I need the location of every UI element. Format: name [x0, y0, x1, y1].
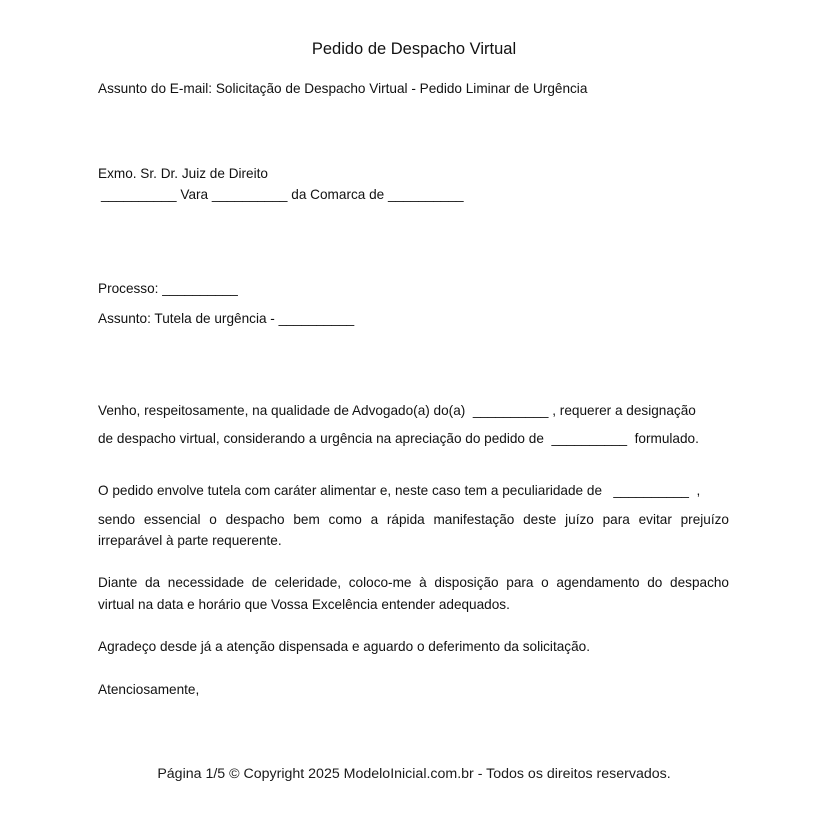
- para1-text: Venho, respeitosamente, na qualidade de …: [98, 403, 465, 418]
- closing: Atenciosamente,: [98, 682, 199, 697]
- para2-text: O pedido envolve tutela com caráter alim…: [98, 483, 602, 498]
- para3-line2: virtual na data e horário que Vossa Exce…: [98, 597, 510, 612]
- para1-line1: Venho, respeitosamente, na qualidade de …: [98, 403, 696, 418]
- document-title: Pedido de Despacho Virtual: [0, 40, 828, 59]
- vara-number-blank: __________: [212, 187, 288, 202]
- comarca-label: da Comarca de: [291, 187, 384, 202]
- para1-text2-end: formulado.: [635, 431, 699, 446]
- para2-line3: irreparável à parte requerente.: [98, 533, 282, 548]
- assunto-label: Assunto: Tutela de urgência -: [98, 311, 275, 326]
- vara-label: Vara: [180, 187, 208, 202]
- para1-text2: de despacho virtual, considerando a urgê…: [98, 431, 544, 446]
- para2-line2: sendo essencial o despacho bem como a rá…: [98, 512, 729, 530]
- para2-line1: O pedido envolve tutela com caráter alim…: [98, 483, 700, 498]
- para3-line1: Diante da necessidade de celeridade, col…: [98, 575, 729, 593]
- para2-comma: ,: [697, 483, 701, 498]
- page-footer: Página 1/5 © Copyright 2025 ModeloInicia…: [0, 766, 828, 782]
- vara-blank: __________: [101, 187, 177, 202]
- comarca-blank: __________: [388, 187, 464, 202]
- para1-pedido-blank: __________: [551, 431, 627, 446]
- para1-text-end: , requerer a designação: [552, 403, 696, 418]
- para1-line2: de despacho virtual, considerando a urgê…: [98, 431, 699, 446]
- email-subject: Assunto do E-mail: Solicitação de Despac…: [98, 81, 587, 96]
- para2-peculiaridade-blank: __________: [613, 483, 689, 498]
- para1-client-blank: __________: [473, 403, 549, 418]
- assunto-line: Assunto: Tutela de urgência - __________: [98, 311, 354, 326]
- court-line: __________ Vara __________ da Comarca de…: [101, 187, 464, 202]
- processo-blank: __________: [162, 281, 238, 296]
- processo-label: Processo:: [98, 281, 158, 296]
- processo-line: Processo: __________: [98, 281, 238, 296]
- para4: Agradeço desde já a atenção dispensada e…: [98, 639, 590, 654]
- salutation: Exmo. Sr. Dr. Juiz de Direito: [98, 166, 268, 181]
- assunto-blank: __________: [279, 311, 355, 326]
